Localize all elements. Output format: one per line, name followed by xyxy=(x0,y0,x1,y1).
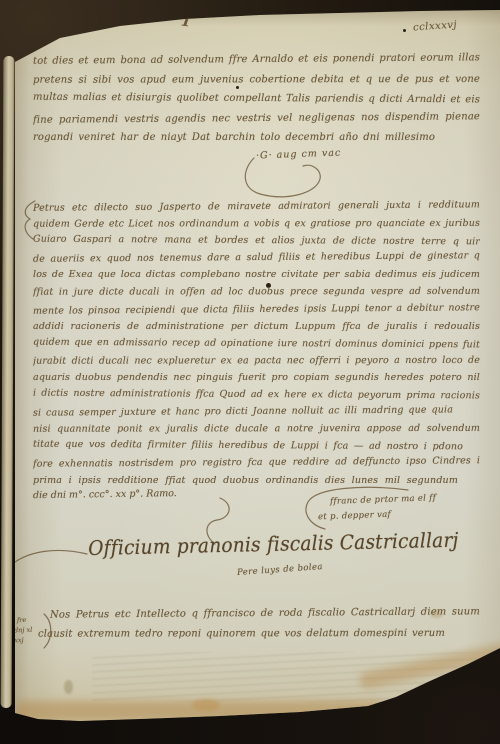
text-line: quidem que en admissario recep ad opinat… xyxy=(33,333,480,353)
previous-page-edge xyxy=(1,56,15,708)
manuscript-page: 1 cclxxxvj tot dies et eum bona ad solve… xyxy=(0,0,500,744)
paragraph-1: tot dies et eum bona ad solvendum ffre A… xyxy=(33,50,480,148)
registration-flourish xyxy=(240,152,332,204)
text-line: addidi racioneris de administratione per… xyxy=(33,318,480,335)
text-line: mente los pinsoa recipiendi que dicta fi… xyxy=(33,299,480,320)
text-line: ffiat in jure dicte ducali in offen ad l… xyxy=(33,283,480,301)
stain-blob xyxy=(418,684,440,695)
section-heading: Officium pranonis fiscalis Castricallarj xyxy=(88,528,459,560)
date-line: die dni m°. ccc°. xx p°. Ramo. xyxy=(33,488,193,501)
paragraph-2: Petrus etc dilecto suo Jasperto de mirav… xyxy=(33,198,480,489)
section-subheading: Pere luys de bolea xyxy=(237,562,323,578)
text-line: de aueriis ex quod nos tenemus dare a sa… xyxy=(33,248,480,269)
side-note-bracket xyxy=(300,484,412,534)
text-line: Petrus etc dilecto suo Jasperto de mirav… xyxy=(33,196,480,217)
manuscript-photo: 1 cclxxxvj tot dies et eum bona ad solve… xyxy=(0,0,500,744)
paragraph-3: Nos Petrus etc Intellecto q ffrancisco d… xyxy=(38,604,480,644)
ink-blot xyxy=(403,29,406,32)
text-line: pretens si sibi vos apud eum juvenius co… xyxy=(33,69,480,89)
text-line: aquaris duobus pendendis nec pinguis fue… xyxy=(33,369,480,386)
stain-blob xyxy=(192,699,220,711)
text-line: fore exhennatis nostrisdem pro registro … xyxy=(33,453,480,474)
text-line: clausit extremum tedro reponi quinorem q… xyxy=(38,624,445,645)
text-line: fine pariamendi vestris agendis nec vest… xyxy=(33,107,480,130)
text-line: los de Exea que loca dictas complebano n… xyxy=(33,266,480,283)
pen-flourish xyxy=(8,545,90,569)
text-line: tot dies et eum bona ad solvendum ffre A… xyxy=(33,48,480,71)
text-line: jurabit dicti ducali nec explueretur ex … xyxy=(33,352,480,370)
text-line: multas malias et disiurgis quolibet comp… xyxy=(33,88,480,110)
text-line: si causa semper juxture et hanc pro dict… xyxy=(33,401,453,421)
text-line: rogandi veniret har de niayt Dat barchin… xyxy=(33,128,435,148)
folio-number: cclxxxvj xyxy=(413,19,458,33)
text-line: Nos Petrus etc Intellecto q ffrancisco d… xyxy=(38,602,480,625)
quire-mark: 1 xyxy=(180,13,192,30)
stain-blob xyxy=(64,680,73,694)
margin-note-bracket xyxy=(42,612,54,650)
